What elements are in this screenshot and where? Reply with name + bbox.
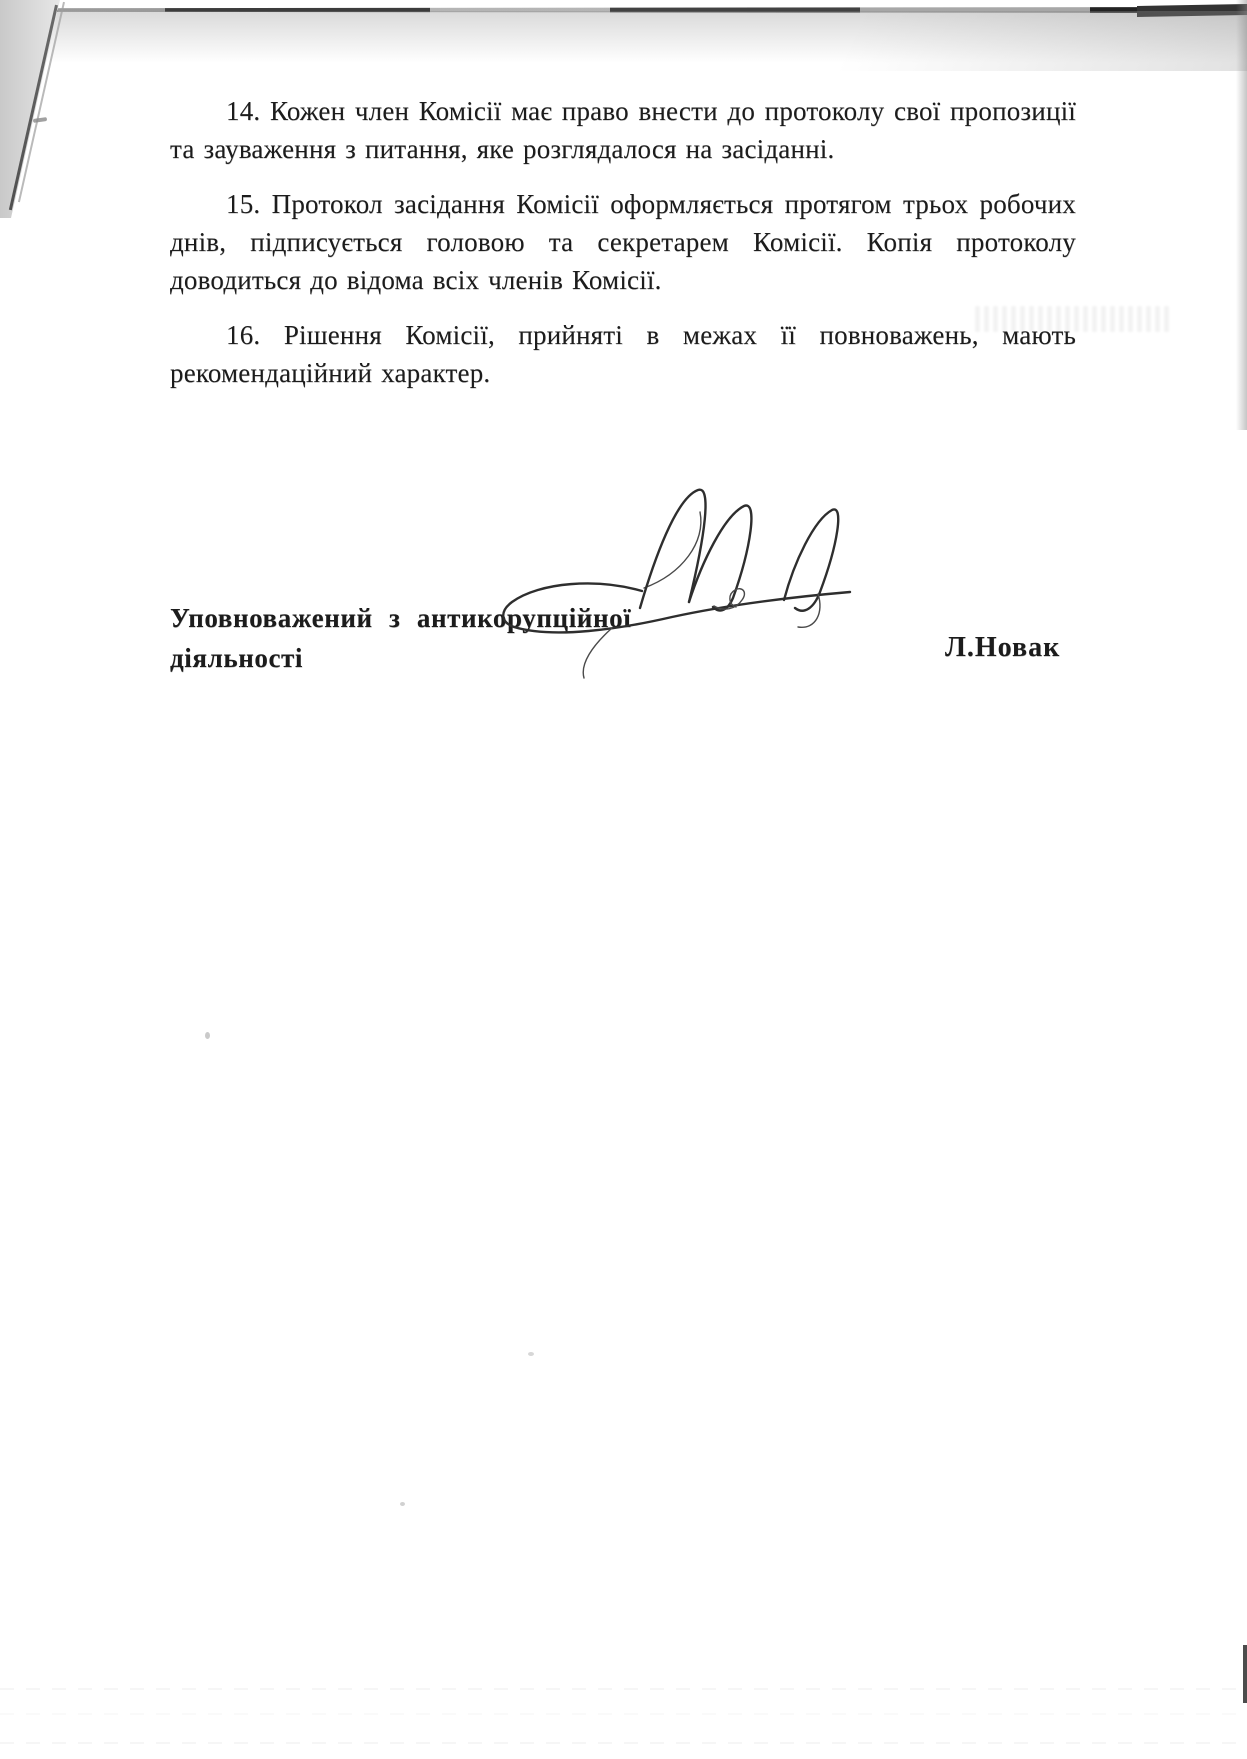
- scan-artifact-right-edge-tick: [1243, 1645, 1247, 1703]
- scanned-page: 14. Кожен член Комісії має право внести …: [0, 0, 1247, 1759]
- scan-speck: [205, 1032, 210, 1039]
- paragraph-15: 15. Протокол засідання Комісії оформляєт…: [170, 185, 1076, 299]
- scan-noise-line: [0, 1713, 1247, 1715]
- scan-noise-line: [0, 1742, 1247, 1744]
- scan-noise-line: [0, 1688, 1247, 1690]
- paragraph-14: 14. Кожен член Комісії має право внести …: [170, 92, 1076, 168]
- document-body: 14. Кожен член Комісії має право внести …: [170, 92, 1076, 409]
- scan-speck: [528, 1352, 534, 1356]
- scan-artifact-top-shadow-right: [687, 11, 1247, 71]
- signee-name: Л.Новак: [945, 632, 1060, 664]
- scan-speck: [400, 1502, 405, 1506]
- paragraph-16: 16. Рішення Комісії, прийняті в межах її…: [170, 316, 1076, 392]
- scan-artifact-right-edge-shadow: [1236, 0, 1247, 430]
- scan-speck-left-edge: [33, 117, 47, 123]
- handwritten-signature: [492, 478, 862, 683]
